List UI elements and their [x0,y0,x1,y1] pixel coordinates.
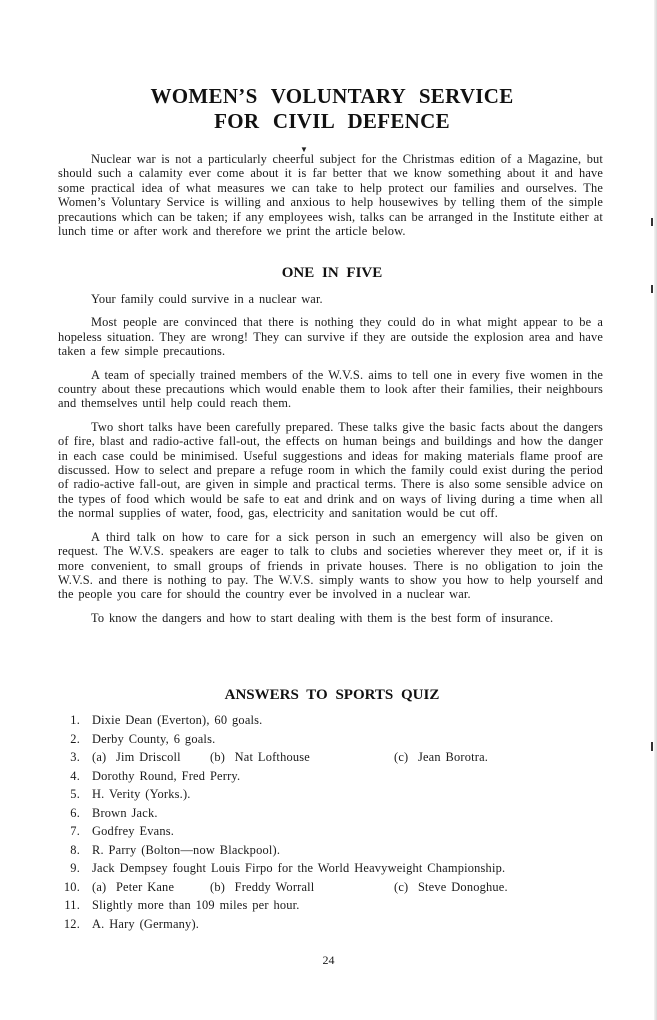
quiz-answer-text: Godfrey Evans. [92,822,174,841]
quiz-answer-item: 5.H. Verity (Yorks.). [58,785,603,804]
quiz-answer-number: 1. [58,711,80,730]
quiz-answer-number: 9. [58,859,80,878]
quiz-answer-text: H. Verity (Yorks.). [92,785,191,804]
title-line-1: WOMEN’S VOLUNTARY SERVICE [150,84,513,108]
scan-mark [651,285,653,293]
quiz-answer-text: Derby County, 6 goals. [92,730,215,749]
quiz-answer-text: Brown Jack. [92,804,158,823]
quiz-answer-text: A. Hary (Germany). [92,915,199,934]
intro-paragraph: Nuclear war is not a particularly cheerf… [58,152,603,238]
quiz-answer-text: Jack Dempsey fought Louis Firpo for the … [92,859,505,878]
section-one-in-five: Your family could survive in a nuclear w… [58,292,603,625]
quiz-answers-list: 1.Dixie Dean (Everton), 60 goals.2.Derby… [58,711,603,933]
quiz-answer-part-b: (b) Freddy Worrall [210,878,314,897]
page-number: 24 [0,953,657,968]
quiz-answer-item: 9.Jack Dempsey fought Louis Firpo for th… [58,859,603,878]
article-title: WOMEN’S VOLUNTARY SERVICE FOR CIVIL DEFE… [60,84,604,134]
quiz-answer-item: 2.Derby County, 6 goals. [58,730,603,749]
quiz-answer-number: 4. [58,767,80,786]
quiz-answer-number: 10. [58,878,80,897]
quiz-answer-item: 6.Brown Jack. [58,804,603,823]
quiz-answer-number: 11. [58,896,80,915]
paragraph: A team of specially trained members of t… [58,368,603,411]
quiz-answer-number: 6. [58,804,80,823]
paragraph: A third talk on how to care for a sick p… [58,530,603,602]
quiz-answer-item: 11.Slightly more than 109 miles per hour… [58,896,603,915]
quiz-answer-item: 3.(a) Jim Driscoll(b) Nat Lofthouse(c) J… [58,748,603,767]
quiz-answer-item: 4.Dorothy Round, Fred Perry. [58,767,603,786]
quiz-answer-number: 2. [58,730,80,749]
intro-block: Nuclear war is not a particularly cheerf… [58,152,603,238]
section-heading-one-in-five: ONE IN FIVE [60,264,604,282]
quiz-answer-part-c: (c) Steve Donoghue. [394,878,508,897]
scan-mark [651,218,653,226]
paragraph: To know the dangers and how to start dea… [58,611,603,625]
quiz-answer-number: 5. [58,785,80,804]
quiz-answer-part-c: (c) Jean Borotra. [394,748,488,767]
paragraph: Most people are convinced that there is … [58,315,603,358]
quiz-answer-number: 12. [58,915,80,934]
quiz-answer-text: Dorothy Round, Fred Perry. [92,767,240,786]
quiz-answer-item: 12.A. Hary (Germany). [58,915,603,934]
paragraph: Your family could survive in a nuclear w… [58,292,603,306]
quiz-answer-number: 3. [58,748,80,767]
quiz-answer-part-a: (a) Jim Driscoll [92,748,181,767]
quiz-answer-item: 1.Dixie Dean (Everton), 60 goals. [58,711,603,730]
quiz-answer-text: R. Parry (Bolton—now Blackpool). [92,841,280,860]
quiz-answer-item: 7.Godfrey Evans. [58,822,603,841]
paragraph: Two short talks have been carefully prep… [58,420,603,521]
quiz-answer-part-a: (a) Peter Kane [92,878,174,897]
quiz-answer-text: Dixie Dean (Everton), 60 goals. [92,711,262,730]
title-line-2: FOR CIVIL DEFENCE [214,109,450,133]
quiz-answer-part-b: (b) Nat Lofthouse [210,748,310,767]
quiz-answer-item: 8.R. Parry (Bolton—now Blackpool). [58,841,603,860]
quiz-answer-number: 7. [58,822,80,841]
quiz-answer-number: 8. [58,841,80,860]
quiz-answer-item: 10.(a) Peter Kane(b) Freddy Worrall(c) S… [58,878,603,897]
scan-mark [651,742,653,751]
section-heading-sports-quiz: ANSWERS TO SPORTS QUIZ [60,686,604,704]
quiz-answer-text: Slightly more than 109 miles per hour. [92,896,300,915]
